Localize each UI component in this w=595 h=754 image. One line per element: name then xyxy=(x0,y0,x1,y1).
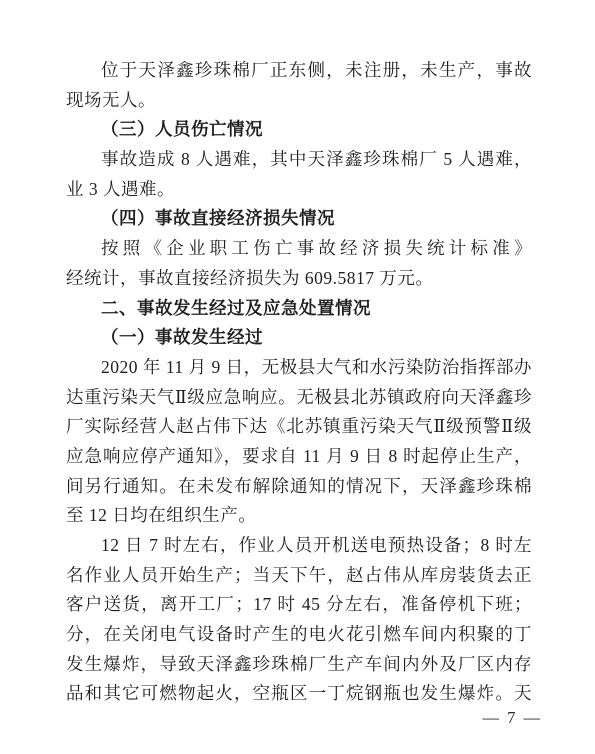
text-line: 经统计，事故直接经济损失为 609.5817 万元。 xyxy=(66,264,532,294)
heading-part-2-accident-course: 二、事故发生经过及应急处置情况 xyxy=(66,294,532,324)
text-line: 分，在关闭电气设备时产生的电火花引燃车间内积聚的丁烷气体 xyxy=(66,620,532,650)
text-line: 业 3 人遇难。 xyxy=(66,175,532,205)
text-line: 12 日 7 时左右，作业人员开机送电预热设备；8 时左右，4 xyxy=(66,531,532,561)
text-line: 品和其它可燃物起火，空瓶区一丁烷钢瓶也发生爆炸。天泽鑫珍 xyxy=(66,679,532,709)
report-text-block: 位于天泽鑫珍珠棉厂正东侧，未注册，未生产，事故发生时 现场无人。 （三）人员伤亡… xyxy=(66,56,532,709)
text-line: 达重污染天气Ⅱ级应急响应。无极县北苏镇政府向天泽鑫珍珠棉 xyxy=(66,383,532,413)
text-line: 间另行通知。在未发布解除通知的情况下，天泽鑫珍珠棉厂 9 日 xyxy=(66,472,532,502)
text-line: 厂实际经营人赵占伟下达《北苏镇重污染天气Ⅱ级预警Ⅱ级管控 xyxy=(66,412,532,442)
heading-section-1-accident-course: （一）事故发生经过 xyxy=(66,323,532,353)
text-line: 名作业人员开始生产；当天下午，赵占伟从库房装货去正定县给 xyxy=(66,561,532,591)
text-line: 事故造成 8 人遇难，其中天泽鑫珍珠棉厂 5 人遇难，骏滢门 xyxy=(66,145,532,175)
page-number: — 7 — xyxy=(483,707,543,729)
document-page: 位于天泽鑫珍珠棉厂正东侧，未注册，未生产，事故发生时 现场无人。 （三）人员伤亡… xyxy=(0,0,595,754)
text-line: 2020 年 11 月 9 日，无极县大气和水污染防治指挥部办公室下 xyxy=(66,353,532,383)
text-line: 位于天泽鑫珍珠棉厂正东侧，未注册，未生产，事故发生时 xyxy=(66,56,532,86)
text-line: 至 12 日均在组织生产。 xyxy=(66,501,532,531)
text-line: 应急响应停产通知》，要求自 11 月 9 日 8 时起停止生产，解除时 xyxy=(66,442,532,472)
text-line: 发生爆炸，导致天泽鑫珍珠棉厂生产车间内外及厂区内存放的成 xyxy=(66,650,532,680)
text-line: 客户送货，离开工厂；17 时 45 分左右，准备停机下班；17 时 58 xyxy=(66,590,532,620)
heading-section-4-economic-loss: （四）事故直接经济损失情况 xyxy=(66,204,532,234)
text-line: 现场无人。 xyxy=(66,86,532,116)
heading-section-3-casualties: （三）人员伤亡情况 xyxy=(66,115,532,145)
text-line: 按照《企业职工伤亡事故经济损失统计标准》（GB6721-86）， xyxy=(66,234,532,264)
